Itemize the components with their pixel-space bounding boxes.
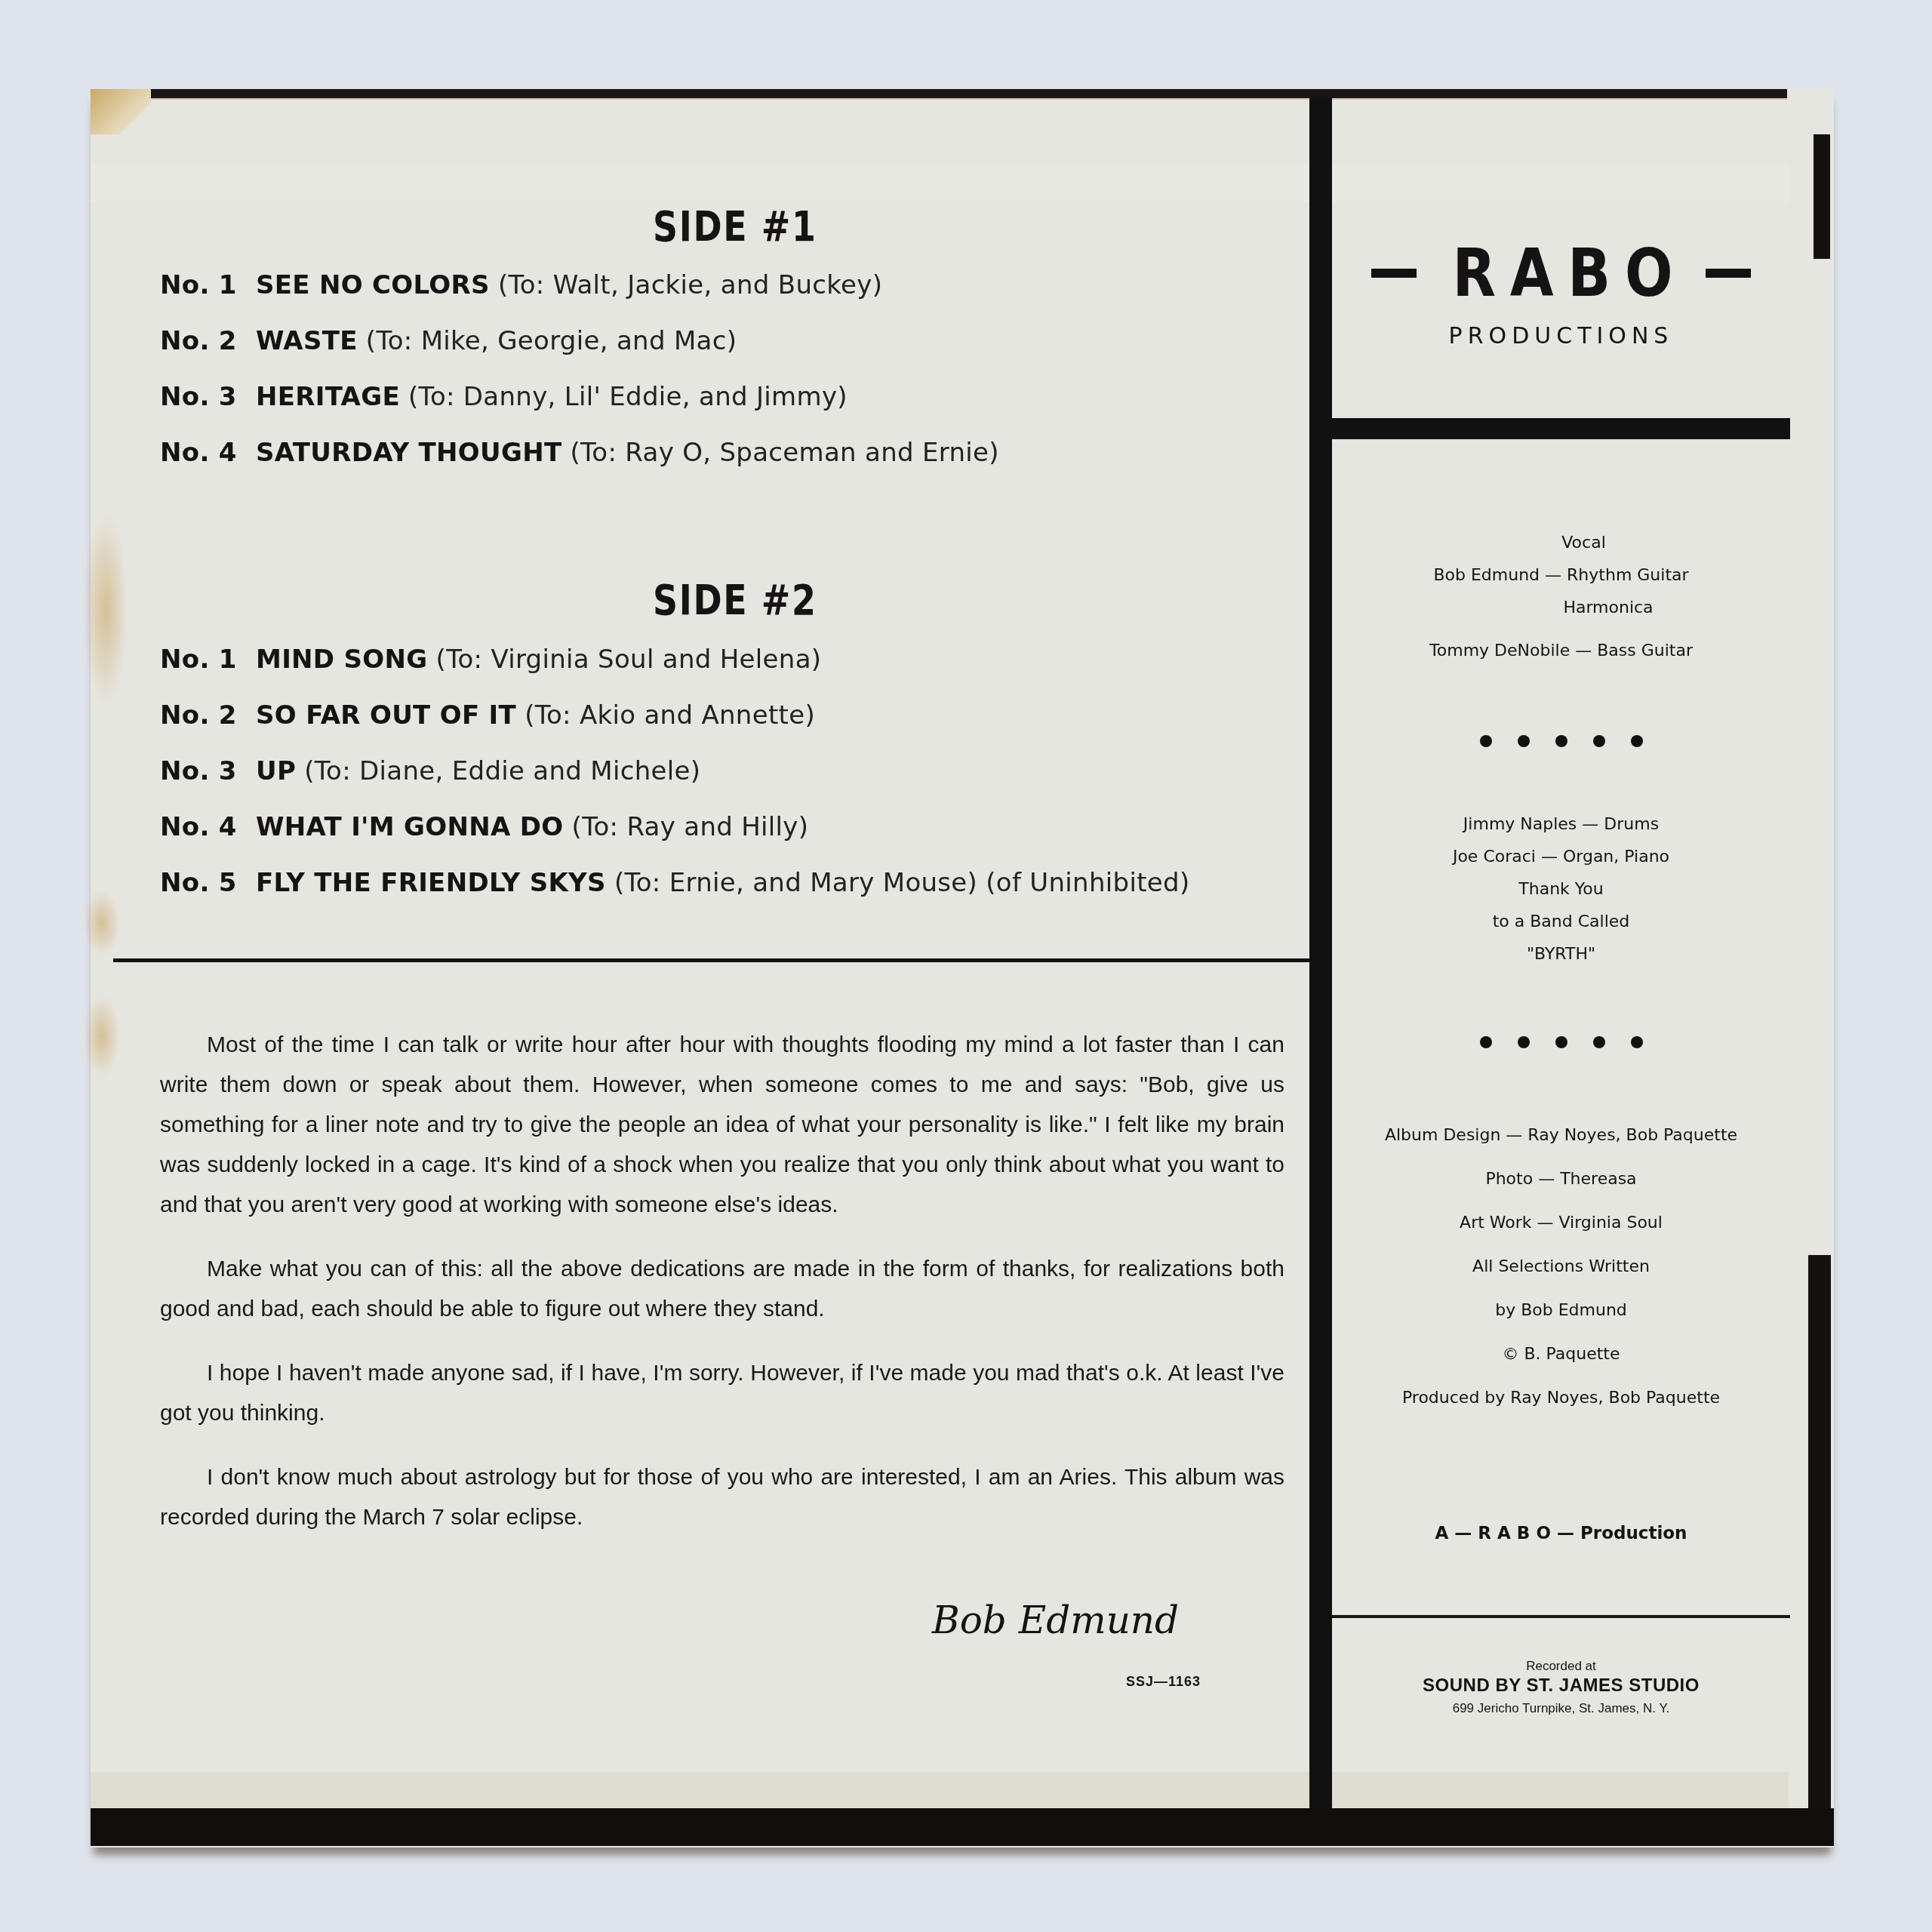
logo-word: RABO <box>1452 234 1687 312</box>
side-2-heading: SIDE #2 <box>653 576 817 625</box>
credit-line: by Bob Edmund <box>1332 1289 1790 1333</box>
track-title: HERITAGE <box>256 382 400 412</box>
credit-line: "BYRTH" <box>1332 938 1790 971</box>
dot-separator <box>1332 735 1790 747</box>
track-number: No. 1 <box>160 270 256 300</box>
studio-name: SOUND BY ST. JAMES STUDIO <box>1332 1675 1790 1697</box>
productions-label: PRODUCTIONS <box>1332 323 1790 349</box>
track-dedication: (To: Ray O, Spaceman and Ernie) <box>571 438 999 468</box>
track-number: No. 3 <box>160 756 256 786</box>
track-row: No. 2WASTE (To: Mike, Georgie, and Mac) <box>160 326 737 356</box>
track-title: WHAT I'M GONNA DO <box>256 812 564 842</box>
fold-band <box>91 165 1789 202</box>
water-stain <box>83 889 121 957</box>
dot-separator <box>1332 1036 1790 1048</box>
worn-corner <box>91 89 151 134</box>
track-number: No. 4 <box>160 438 256 468</box>
sleeve-top-edge <box>97 89 1787 100</box>
sleeve-right-edge-bottom <box>1808 1255 1831 1810</box>
credit-line: © B. Paquette <box>1332 1333 1790 1377</box>
track-row: No. 2SO FAR OUT OF IT (To: Akio and Anne… <box>160 700 815 731</box>
credit-line: Art Work — Virginia Soul <box>1332 1201 1790 1245</box>
track-dedication: (To: Walt, Jackie, and Buckey) <box>498 270 882 300</box>
track-title: WASTE <box>256 326 358 356</box>
side-1-heading: SIDE #1 <box>653 202 817 251</box>
water-stain <box>83 512 128 708</box>
track-title: UP <box>256 756 296 786</box>
track-number: No. 4 <box>160 812 256 842</box>
credit-line: Jimmy Naples — Drums <box>1332 808 1790 841</box>
catalog-number: SSJ—1163 <box>1126 1674 1201 1690</box>
track-title: SEE NO COLORS <box>256 270 490 300</box>
logo-dash-right <box>1706 269 1751 278</box>
credit-line: Harmonica <box>1332 592 1790 624</box>
credit-line: Tommy DeNobile — Bass Guitar <box>1332 635 1790 667</box>
credits-band: Jimmy Naples — Drums Joe Coraci — Organ,… <box>1332 808 1790 971</box>
track-dedication: (To: Ernie, and Mary Mouse) (of Uninhibi… <box>614 868 1190 898</box>
credits-musicians: Vocal Bob Edmund — Rhythm Guitar Harmoni… <box>1332 527 1790 667</box>
track-row: No. 1SEE NO COLORS (To: Walt, Jackie, an… <box>160 270 882 300</box>
record-sleeve-back: SIDE #1 No. 1SEE NO COLORS (To: Walt, Ja… <box>91 89 1834 1847</box>
track-number: No. 2 <box>160 700 256 731</box>
track-row: No. 4WHAT I'M GONNA DO (To: Ray and Hill… <box>160 812 808 842</box>
studio-divider-rule <box>1332 1615 1790 1618</box>
track-dedication: (To: Mike, Georgie, and Mac) <box>366 326 737 356</box>
credits-production: Album Design — Ray Noyes, Bob Paquette P… <box>1332 1114 1790 1420</box>
liner-note-paragraph: I don't know much about astrology but fo… <box>160 1457 1284 1537</box>
liner-note-paragraph: Make what you can of this: all the above… <box>160 1249 1284 1329</box>
track-row: No. 4SATURDAY THOUGHT (To: Ray O, Spacem… <box>160 438 999 468</box>
track-row: No. 1MIND SONG (To: Virginia Soul and He… <box>160 645 821 675</box>
signature: Bob Edmund <box>932 1598 1179 1642</box>
credit-line: Album Design — Ray Noyes, Bob Paquette <box>1332 1114 1790 1158</box>
studio-address: 699 Jericho Turnpike, St. James, N. Y. <box>1332 1701 1790 1716</box>
track-number: No. 2 <box>160 326 256 356</box>
track-dedication: (To: Virginia Soul and Helena) <box>436 645 822 675</box>
liner-notes: Most of the time I can talk or write hou… <box>160 1025 1284 1561</box>
credit-line: Photo — Thereasa <box>1332 1158 1790 1201</box>
logo-dash-left <box>1371 269 1417 278</box>
track-row: No. 5FLY THE FRIENDLY SKYS (To: Ernie, a… <box>160 868 1189 898</box>
rabo-logo: RABO <box>1332 234 1790 312</box>
liner-note-paragraph: Most of the time I can talk or write hou… <box>160 1025 1284 1225</box>
track-row: No. 3HERITAGE (To: Danny, Lil' Eddie, an… <box>160 382 848 412</box>
track-row: No. 3UP (To: Diane, Eddie and Michele) <box>160 756 700 786</box>
track-title: SATURDAY THOUGHT <box>256 438 561 468</box>
credit-line: to a Band Called <box>1332 906 1790 938</box>
track-number: No. 1 <box>160 645 256 675</box>
sleeve-bottom-edge <box>91 1808 1834 1846</box>
recorded-at-label: Recorded at <box>1332 1659 1790 1674</box>
track-dedication: (To: Akio and Annette) <box>525 700 815 731</box>
label-divider-bar <box>1332 418 1790 439</box>
track-title: SO FAR OUT OF IT <box>256 700 516 731</box>
credit-line: Joe Coraci — Organ, Piano <box>1332 841 1790 873</box>
production-line: A — R A B O — Production <box>1332 1518 1790 1550</box>
vertical-divider <box>1309 98 1332 1808</box>
track-number: No. 5 <box>160 868 256 898</box>
liner-note-paragraph: I hope I haven't made anyone sad, if I h… <box>160 1353 1284 1433</box>
credit-line: Thank You <box>1332 873 1790 906</box>
bottom-fold-band <box>91 1772 1789 1810</box>
horizontal-rule <box>113 958 1309 962</box>
credit-line: All Selections Written <box>1332 1245 1790 1289</box>
credit-line: Bob Edmund — Rhythm Guitar <box>1332 559 1790 592</box>
sleeve-right-edge-top <box>1814 134 1830 259</box>
credit-line: Produced by Ray Noyes, Bob Paquette <box>1332 1377 1790 1420</box>
track-title: FLY THE FRIENDLY SKYS <box>256 868 606 898</box>
track-title: MIND SONG <box>256 645 427 675</box>
credit-line: Vocal <box>1332 527 1790 559</box>
track-dedication: (To: Ray and Hilly) <box>572 812 809 842</box>
water-stain <box>83 995 121 1078</box>
track-dedication: (To: Danny, Lil' Eddie, and Jimmy) <box>408 382 848 412</box>
track-dedication: (To: Diane, Eddie and Michele) <box>304 756 700 786</box>
track-number: No. 3 <box>160 382 256 412</box>
